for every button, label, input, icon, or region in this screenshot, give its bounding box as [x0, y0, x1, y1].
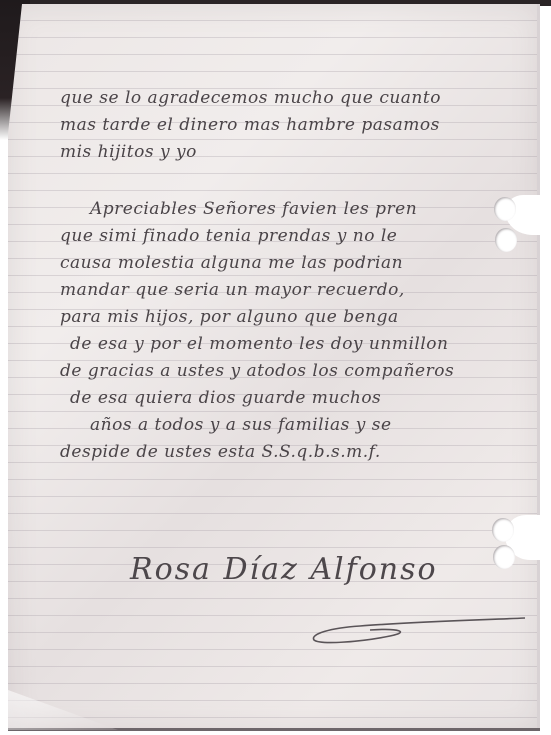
paper-right-edge	[537, 4, 540, 730]
signature: Rosa Díaz Alfonso	[130, 552, 438, 587]
binder-hole-bottom-1	[492, 518, 514, 542]
letter-line: de esa quiera dios guarde muchos	[60, 385, 530, 412]
binder-hole-bottom-2	[493, 545, 515, 569]
letter-line: mis hijitos y yo	[60, 139, 530, 166]
letter-line: que se lo agradecemos mucho que cuanto	[60, 85, 530, 112]
letter-line: despide de ustes esta S.S.q.b.s.m.f.	[60, 439, 530, 466]
letter-line: mas tarde el dinero mas hambre pasamos	[60, 112, 530, 139]
letter-line: de gracias a ustes y atodos los compañer…	[60, 358, 530, 385]
letter-line: años a todos y a sus familias y se	[60, 412, 530, 439]
letter-line: para mis hijos, por alguno que benga	[60, 304, 530, 331]
letter-line: causa molestia alguna me las podrian	[60, 250, 530, 277]
letter-line: mandar que seria un mayor recuerdo,	[60, 277, 530, 304]
letter-body: que se lo agradecemos mucho que cuanto m…	[60, 85, 530, 466]
letter-line: Apreciables Señores favien les pren	[60, 196, 530, 223]
letter-line: de esa y por el momento les doy unmillon	[60, 331, 530, 358]
signature-flourish	[300, 612, 530, 652]
letter-line: que simi finado tenia prendas y no le	[60, 223, 530, 250]
